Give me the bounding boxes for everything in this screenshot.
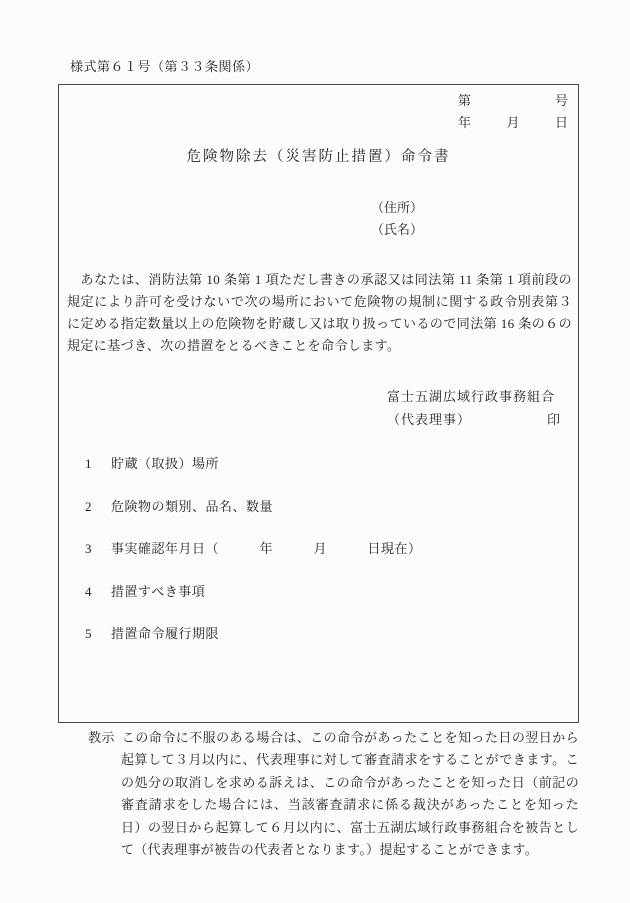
order-item-list: 1 貯蔵（取扱）場所 2 危険物の類別、品名、数量 3 事実確認年月日（ 年 月… xyxy=(85,455,422,668)
item-label: 貯蔵（取扱）場所 xyxy=(111,455,219,473)
issuer-role: （代表理事） xyxy=(387,408,471,431)
document-title: 危険物除去（災害防止措置）命令書 xyxy=(59,145,578,166)
item-number: 5 xyxy=(85,625,111,643)
date-day-label: 日 xyxy=(555,112,568,131)
document-date-line: 年 月 日 xyxy=(458,112,568,131)
item-number: 4 xyxy=(85,583,111,601)
recipient-address-label: （住所） xyxy=(371,197,423,219)
list-item: 4 措置すべき事項 xyxy=(85,583,422,601)
form-style-number: 様式第６１号（第３３条関係） xyxy=(70,56,259,75)
document-number-suffix: 号 xyxy=(555,90,568,109)
list-item: 1 貯蔵（取扱）場所 xyxy=(85,455,422,473)
recipient-name-label: （氏名） xyxy=(371,219,423,241)
order-document-frame: 第 号 年 月 日 危険物除去（災害防止措置）命令書 （住所） （氏名） あなた… xyxy=(58,84,579,723)
list-item: 3 事実確認年月日（ 年 月 日現在） xyxy=(85,540,422,558)
item-label: 措置すべき事項 xyxy=(111,583,205,601)
document-number-line: 第 号 xyxy=(458,90,568,109)
date-year-label: 年 xyxy=(458,112,471,131)
list-item: 5 措置命令履行期限 xyxy=(85,625,422,643)
order-body-paragraph: あなたは、消防法第 10 条第 1 項ただし書きの承認又は同法第 11 条第 1… xyxy=(67,269,572,357)
list-item: 2 危険物の類別、品名、数量 xyxy=(85,498,422,516)
issuer-block: 富士五湖広域行政事務組合 （代表理事） 印 xyxy=(387,385,561,431)
item-label: 措置命令履行期限 xyxy=(111,625,219,643)
document-page: 様式第６１号（第３３条関係） 第 号 年 月 日 危険物除去（災害防止措置）命令… xyxy=(0,0,630,903)
recipient-block: （住所） （氏名） xyxy=(371,197,423,241)
appeal-notice-text: この命令に不服のある場合は、この命令があったことを知った日の翌日から起算して３月… xyxy=(121,730,579,857)
date-month-label: 月 xyxy=(506,112,519,131)
appeal-notice-label: 教示 xyxy=(88,730,115,745)
item-number: 3 xyxy=(85,540,111,558)
item-label: 事実確認年月日（ 年 月 日現在） xyxy=(111,540,422,558)
appeal-notice: 教示この命令に不服のある場合は、この命令があったことを知った日の翌日から起算して… xyxy=(88,727,579,861)
seal-placeholder: 印 xyxy=(547,408,561,431)
document-number-prefix: 第 xyxy=(458,90,471,109)
item-number: 1 xyxy=(85,455,111,473)
item-number: 2 xyxy=(85,498,111,516)
item-label: 危険物の類別、品名、数量 xyxy=(111,498,273,516)
issuer-signature-line: （代表理事） 印 xyxy=(387,408,561,431)
issuer-organization: 富士五湖広域行政事務組合 xyxy=(387,385,561,408)
